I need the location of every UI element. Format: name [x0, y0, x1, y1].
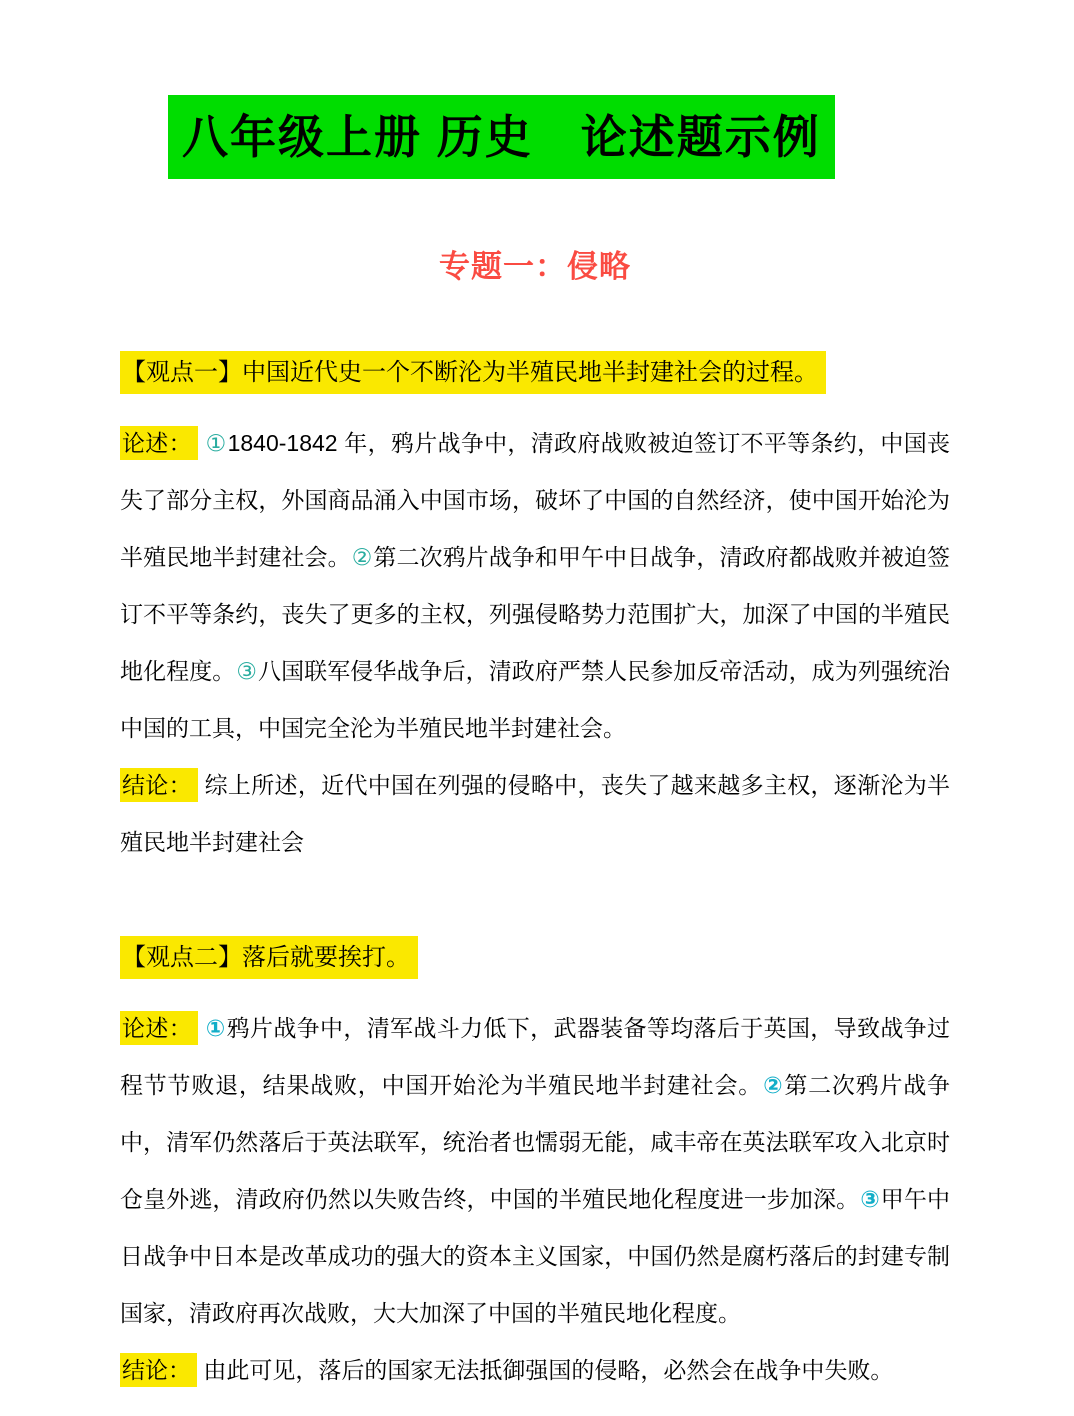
viewpoint-1-discussion: 论述： ①1840-1842 年，鸦片战争中，清政府战败被迫签订不平等条约，中国…: [120, 415, 950, 757]
viewpoint-1-heading-text: 【观点一】中国近代史一个不断沦为半殖民地半封建社会的过程。: [120, 351, 826, 394]
viewpoint-1-conclusion: 结论： 综上所述，近代中国在列强的侵略中，丧失了越来越多主权，逐渐沦为半殖民地半…: [120, 757, 950, 871]
section-viewpoint-2: 【观点二】落后就要挨打。 论述： ①鸦片战争中，清军战斗力低下，武器装备等均落后…: [120, 929, 950, 1399]
viewpoint-2-heading-text: 【观点二】落后就要挨打。: [120, 936, 418, 979]
circled-number-1-2: ②: [351, 544, 374, 570]
conclusion-1-text: 综上所述，近代中国在列强的侵略中，丧失了越来越多主权，逐渐沦为半殖民地半封建社会: [120, 772, 950, 855]
discussion-label-1: 论述：: [120, 426, 198, 460]
viewpoint-2-discussion: 论述： ①鸦片战争中，清军战斗力低下，武器装备等均落后于英国，导致战争过程节节败…: [120, 1000, 950, 1342]
viewpoint-1-heading: 【观点一】中国近代史一个不断沦为半殖民地半封建社会的过程。: [120, 344, 950, 401]
conclusion-label-1: 结论：: [120, 768, 198, 802]
circled-number-1-3: ③: [235, 658, 258, 684]
document-page: 八年级上册 历史 论述题示例 专题一：侵略 【观点一】中国近代史一个不断沦为半殖…: [0, 0, 1074, 1416]
conclusion-label-2: 结论：: [120, 1353, 197, 1387]
circled-number-2-1: ①: [205, 1015, 227, 1041]
viewpoint-2-conclusion: 结论： 由此可见，落后的国家无法抵御强国的侵略，必然会在战争中失败。: [120, 1342, 950, 1399]
discussion-label-2: 论述：: [120, 1011, 198, 1045]
conclusion-2-text: 由此可见，落后的国家无法抵御强国的侵略，必然会在战争中失败。: [203, 1357, 893, 1383]
section-viewpoint-1: 【观点一】中国近代史一个不断沦为半殖民地半封建社会的过程。 论述： ①1840-…: [120, 344, 950, 871]
page-title-highlight: 八年级上册 历史 论述题示例: [168, 95, 835, 179]
circled-number-2-3: ③: [859, 1186, 881, 1212]
circled-number-2-2: ②: [762, 1072, 784, 1098]
circled-number-1-1: ①: [205, 430, 228, 456]
page-title: 八年级上册 历史 论述题示例: [168, 95, 950, 179]
viewpoint-2-heading: 【观点二】落后就要挨打。: [120, 929, 950, 986]
subtitle: 专题一：侵略: [120, 241, 950, 286]
